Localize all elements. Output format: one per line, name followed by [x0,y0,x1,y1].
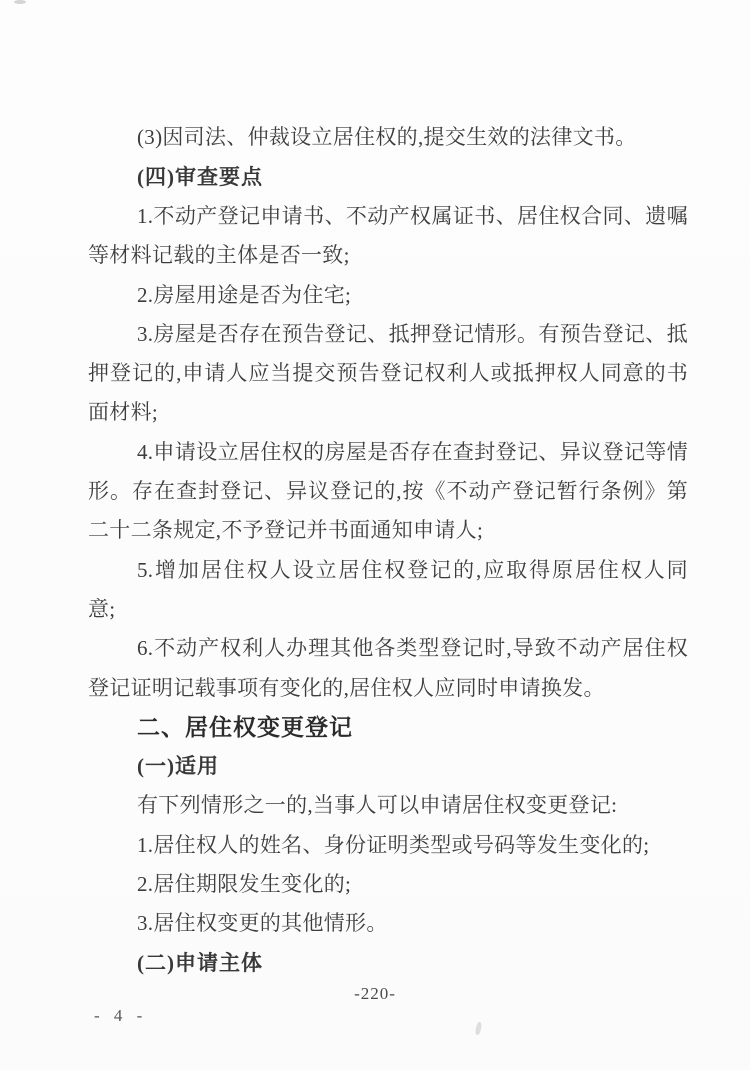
text-line: 押登记的,申请人应当提交预告登记权利人或抵押权人同意的书 [88,354,688,393]
text-line: 2.房屋用途是否为住宅; [88,276,688,315]
text-line: 等材料记载的主体是否一致; [88,236,688,275]
text-line: 有下列情形之一的,当事人可以申请居住权变更登记: [88,786,688,825]
sub-heading: (四)审查要点 [88,158,688,197]
text-line: (3)因司法、仲裁设立居住权的,提交生效的法律文书。 [88,118,688,157]
text-line: 2.居住期限发生变化的; [88,865,688,904]
text-line: 5.增加居住权人设立居住权登记的,应取得原居住权人同 [88,551,688,590]
scan-speck-icon [14,0,26,4]
document-body: (3)因司法、仲裁设立居住权的,提交生效的法律文书。(四)审查要点1.不动产登记… [88,0,688,1070]
text-line: 1.不动产登记申请书、不动产权属证书、居住权合同、遗嘱 [88,197,688,236]
text-line: 形。存在查封登记、异议登记的,按《不动产登记暂行条例》第 [88,472,688,511]
text-line: 4.申请设立居住权的房屋是否存在查封登记、异议登记等情 [88,433,688,472]
text-line: 登记证明记载事项有变化的,居住权人应同时申请换发。 [88,669,688,708]
text-line: 3.房屋是否存在预告登记、抵押登记情形。有预告登记、抵 [88,315,688,354]
document-page: (3)因司法、仲裁设立居住权的,提交生效的法律文书。(四)审查要点1.不动产登记… [0,0,750,1070]
text-line: 意; [88,590,688,629]
text-line: 面材料; [88,393,688,432]
text-line: 1.居住权人的姓名、身份证明类型或号码等发生变化的; [88,826,688,865]
sub-heading: (二)申请主体 [88,944,688,983]
section-heading: 二、居住权变更登记 [88,708,688,747]
sheet-page-number: - 4 - [94,1006,147,1026]
page-number-center: -220- [0,984,750,1004]
text-line: 二十二条规定,不予登记并书面通知申请人; [88,511,688,550]
text-line: 3.居住权变更的其他情形。 [88,904,688,943]
sub-heading: (一)适用 [88,747,688,786]
text-line: 6.不动产权利人办理其他各类型登记时,导致不动产居住权 [88,629,688,668]
